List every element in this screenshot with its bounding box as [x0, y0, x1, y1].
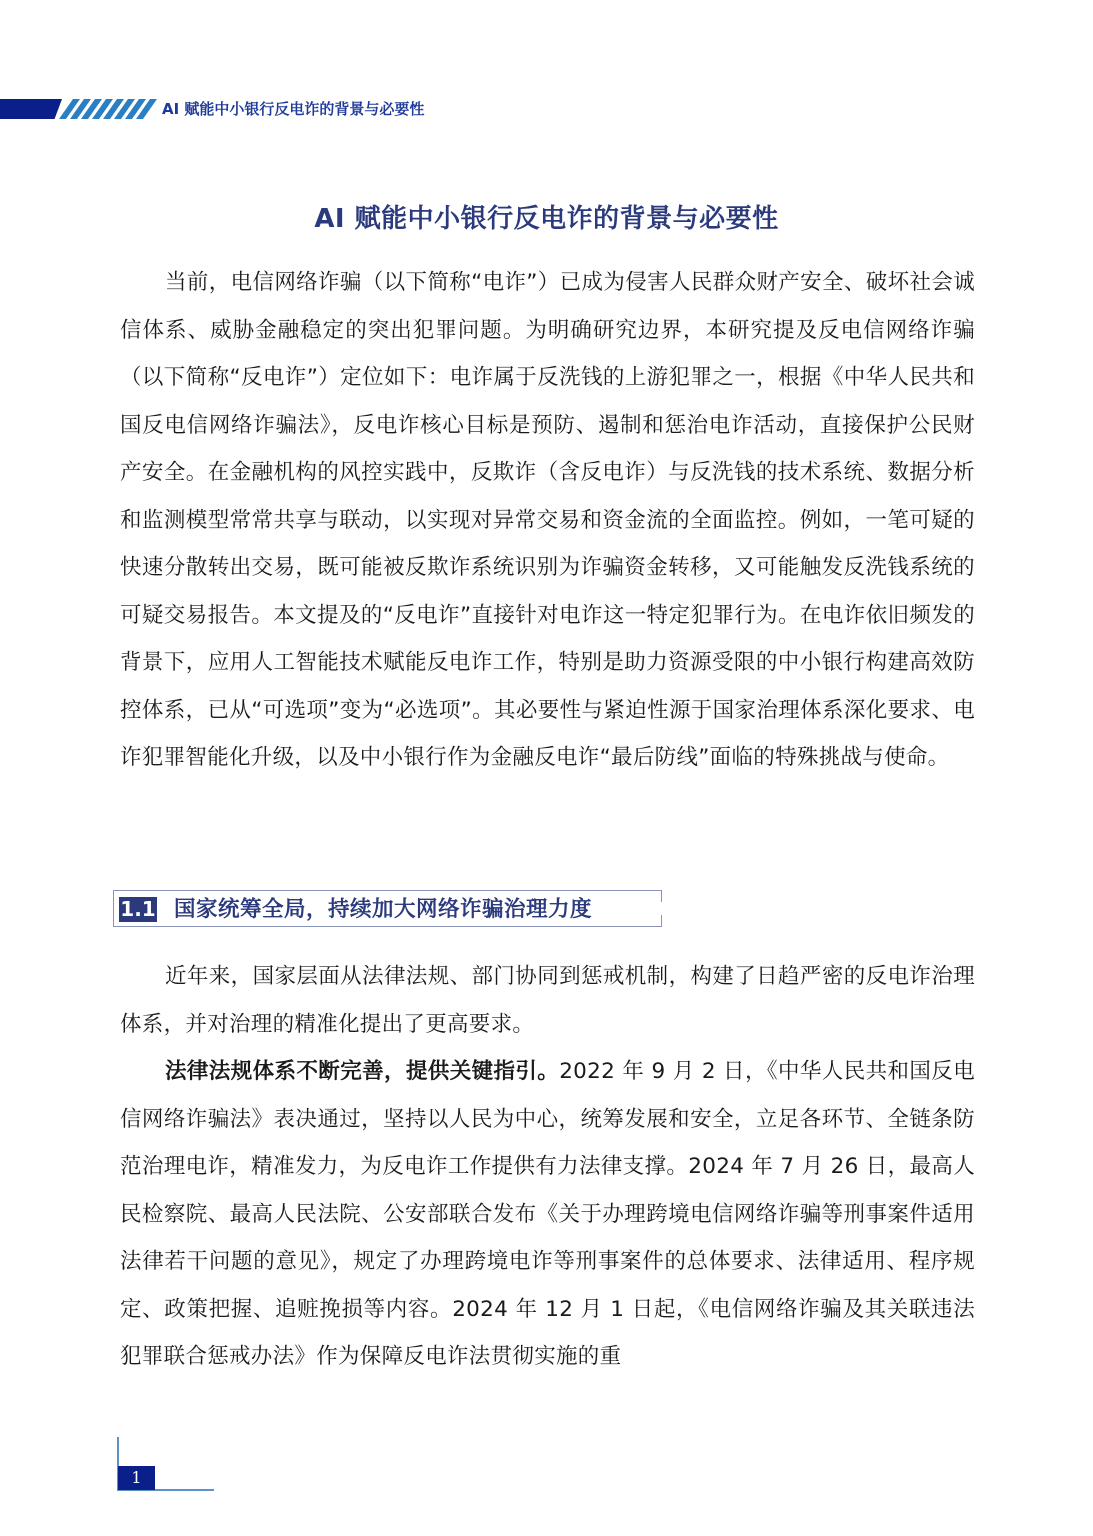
- intro-section: 当前，电信网络诈骗（以下简称“电诈”）已成为侵害人民群众财产安全、破坏社会诚信体…: [120, 259, 975, 782]
- page-number: 1: [118, 1466, 155, 1490]
- document-title: AI 赋能中小银行反电诈的背景与必要性: [0, 198, 1093, 235]
- section-number-badge: 1.1: [119, 897, 157, 922]
- section-title: 国家统筹全局，持续加大网络诈骗治理力度: [174, 893, 592, 926]
- section-paragraph: 近年来，国家层面从法律法规、部门协同到惩戒机制，构建了日趋严密的反电诈治理体系，…: [120, 953, 975, 1048]
- header-decoration: [0, 99, 160, 119]
- header-solid-bar: [0, 99, 62, 119]
- heading-bracket: [661, 915, 662, 927]
- section-body: 近年来，国家层面从法律法规、部门协同到惩戒机制，构建了日趋严密的反电诈治理体系，…: [120, 953, 975, 1381]
- paragraph-lead-bold: 法律法规体系不断完善，提供关键指引。: [165, 1059, 559, 1084]
- section-heading: 1.1 国家统筹全局，持续加大网络诈骗治理力度: [113, 890, 661, 927]
- intro-paragraph: 当前，电信网络诈骗（以下简称“电诈”）已成为侵害人民群众财产安全、破坏社会诚信体…: [120, 259, 975, 782]
- paragraph-body: 2022 年 9 月 2 日，《中华人民共和国反电信网络诈骗法》表决通过，坚持以…: [120, 1059, 975, 1369]
- running-header-title: AI 赋能中小银行反电诈的背景与必要性: [162, 99, 424, 119]
- section-paragraph: 法律法规体系不断完善，提供关键指引。2022 年 9 月 2 日，《中华人民共和…: [120, 1048, 975, 1381]
- heading-bracket: [661, 890, 662, 902]
